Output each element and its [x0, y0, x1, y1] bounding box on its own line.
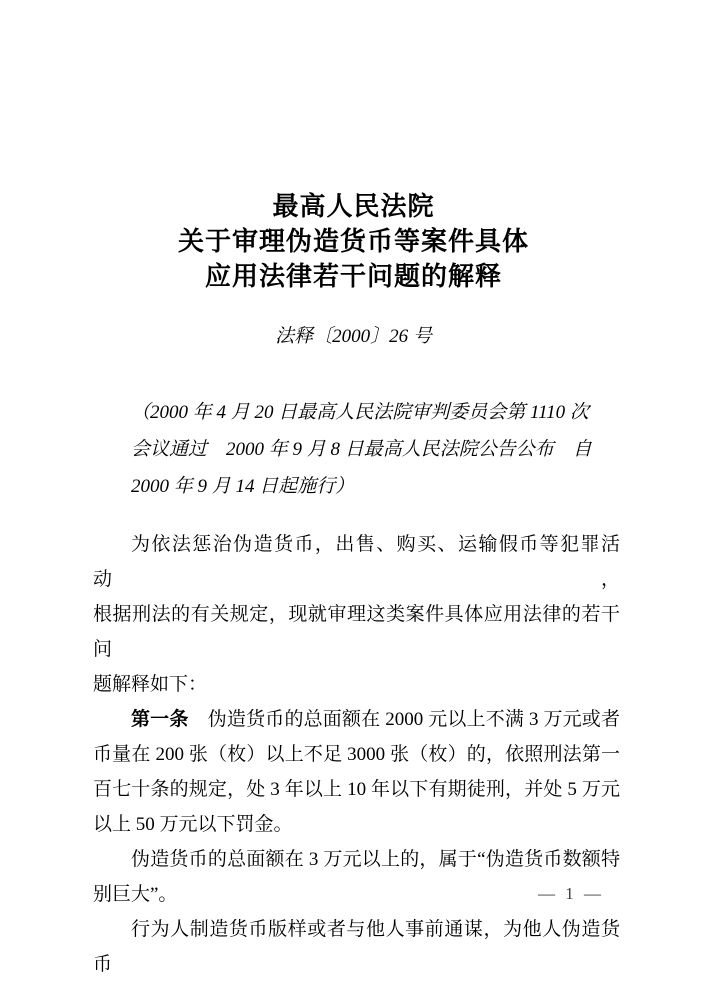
document-number: 法释〔2000〕26 号 [0, 322, 707, 352]
intro-line-1: 为依法惩治伪造货币，出售、购买、运输假币等犯罪活动， [93, 527, 620, 597]
title-line-2: 关于审理伪造货币等案件具体 [0, 224, 707, 259]
title-line-3: 应用法律若干问题的解释 [0, 259, 707, 294]
article-1-line-4: 以上 50 万元以下罚金。 [93, 807, 620, 842]
intro-line-3: 题解释如下： [93, 667, 620, 702]
article-1-line-3: 百七十条的规定，处 3 年以上 10 年以下有期徒刑，并处 5 万元 [93, 772, 620, 807]
article-1-line-2: 币量在 200 张（枚）以上不足 3000 张（枚）的，依照刑法第一 [93, 737, 620, 772]
title-line-1: 最高人民法院 [0, 189, 707, 224]
promulgation-note: （2000 年 4 月 20 日最高人民法院审判委员会第 1110 次 会议通过… [131, 394, 607, 505]
paragraph-4-line-1: 行为人制造货币版样或者与他人事前通谋，为他人伪造货币 [93, 912, 620, 982]
article-1-line-1: 第一条 伪造货币的总面额在 2000 元以上不满 3 万元或者 [93, 702, 620, 737]
paragraph-3-line-1: 伪造货币的总面额在 3 万元以上的，属于“伪造货币数额特 [93, 842, 620, 877]
document-title: 最高人民法院 关于审理伪造货币等案件具体 应用法律若干问题的解释 [0, 189, 707, 294]
promulgation-line-2: 会议通过 2000 年 9 月 8 日最高人民法院公告公布 自 [131, 431, 607, 468]
intro-line-2: 根据刑法的有关规定，现就审理这类案件具体应用法律的若干问 [93, 597, 620, 667]
promulgation-line-1: （2000 年 4 月 20 日最高人民法院审判委员会第 1110 次 [131, 394, 607, 431]
document-page: 最高人民法院 关于审理伪造货币等案件具体 应用法律若干问题的解释 法释〔2000… [0, 0, 707, 999]
article-1-line-1-text: 伪造货币的总面额在 2000 元以上不满 3 万元或者 [189, 709, 620, 730]
promulgation-line-3: 2000 年 9 月 14 日起施行） [131, 468, 607, 505]
document-body: 为依法惩治伪造货币，出售、购买、运输假币等犯罪活动， 根据刑法的有关规定，现就审… [93, 527, 620, 982]
article-1-label: 第一条 [131, 709, 189, 730]
page-number: — 1 — [538, 884, 604, 904]
